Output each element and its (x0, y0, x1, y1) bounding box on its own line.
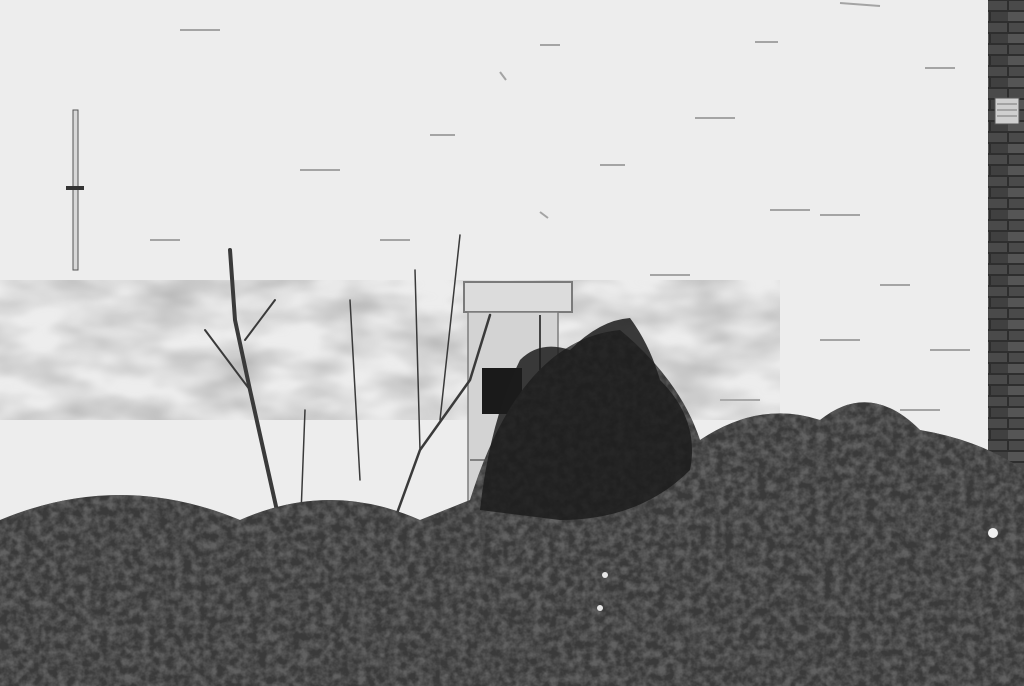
white-flower (988, 528, 998, 538)
vent-grille (995, 98, 1019, 124)
scene-drawing (0, 0, 1024, 686)
brick-pier (988, 0, 1024, 470)
photograph (0, 0, 1024, 686)
